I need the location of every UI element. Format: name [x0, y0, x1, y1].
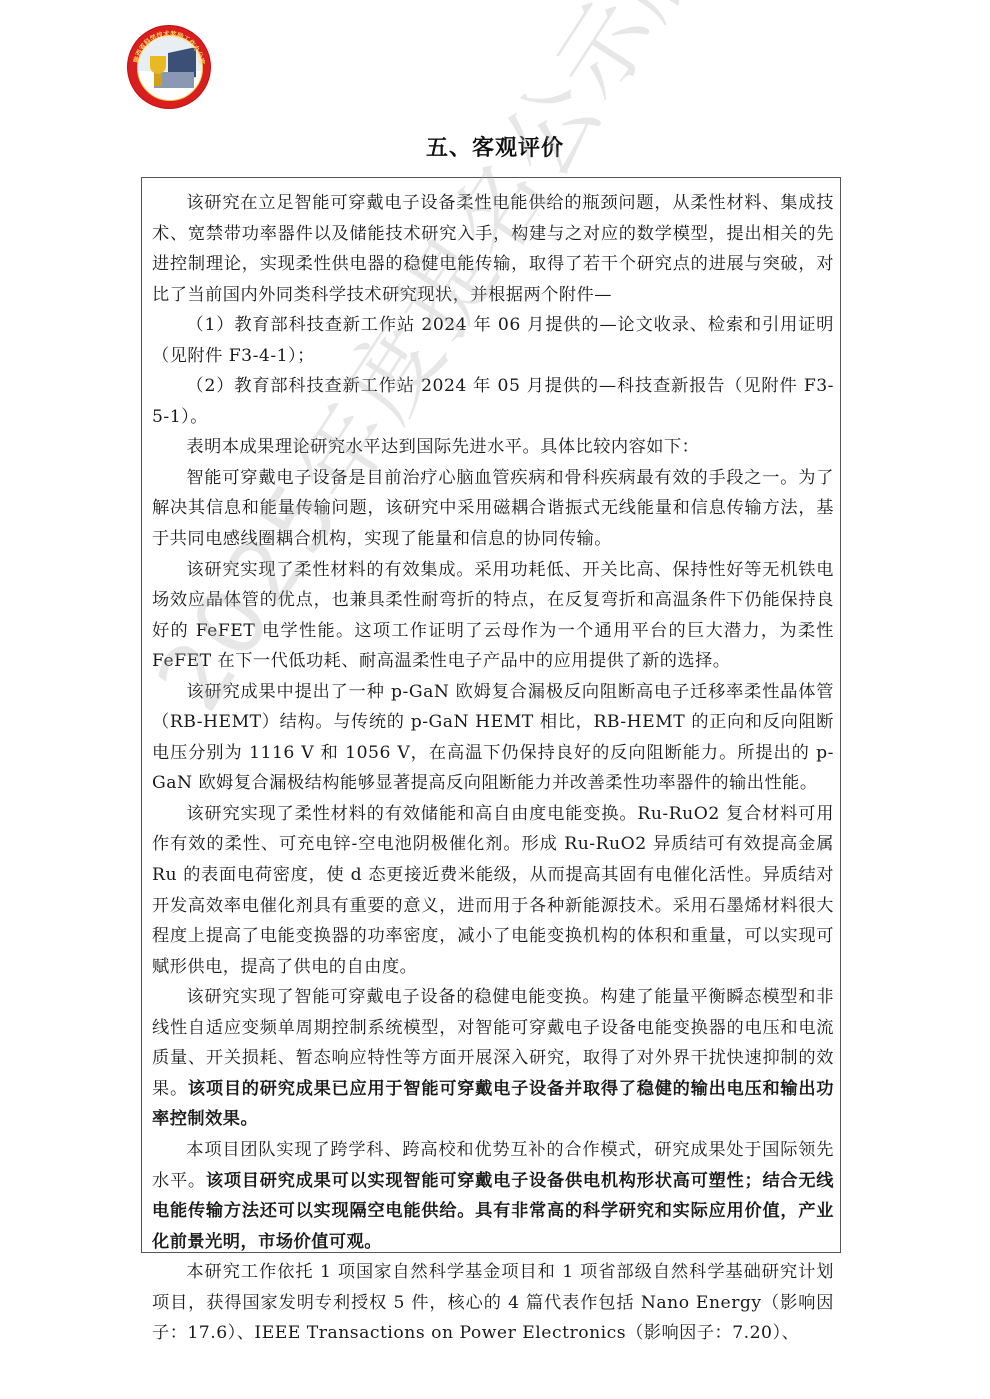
paragraph-team: 本项目团队实现了跨学科、跨高校和优势互补的合作模式，研究成果处于国际领先水平。该… [152, 1135, 834, 1257]
team-highlight: 该项目研究成果可以实现智能可穿戴电子设备供电机构形状高可塑性；结合无线电能传输方… [152, 1171, 834, 1252]
svg-text:陕西省科学技术奖励工作办公室: 陕西省科学技术奖励工作办公室 [131, 29, 207, 66]
paragraph-wireless: 智能可穿戴电子设备是目前治疗心脑血管疾病和骨科疾病最有效的手段之一。为了解决其信… [152, 463, 834, 555]
paragraph-storage: 该研究实现了柔性材料的有效储能和高自由度电能变换。Ru-RuO2 复合材料可用作… [152, 799, 834, 982]
section-title: 五、客观评价 [0, 131, 990, 162]
conversion-highlight: 该项目的研究成果已应用于智能可穿戴电子设备并取得了稳健的输出电压和输出功率控制效… [152, 1079, 834, 1130]
seal-text: 陕西省科学技术奖励工作办公室 [128, 26, 210, 108]
reference-2: （2）教育部科技查新工作站 2024 年 05 月提供的—科技查新报告（见附件 … [152, 371, 834, 432]
paragraph-rbhemt: 该研究成果中提出了一种 p-GaN 欧姆复合漏极反向阻断高电子迁移率柔性晶体管（… [152, 677, 834, 799]
paragraph-funding: 本研究工作依托 1 项国家自然科学基金项目和 1 项省部级自然科学基础研究计划项… [152, 1257, 834, 1349]
paragraph-intro: 该研究在立足智能可穿戴电子设备柔性电能供给的瓶颈问题，从柔性材料、集成技术、宽禁… [152, 188, 834, 310]
evaluation-box: 该研究在立足智能可穿戴电子设备柔性电能供给的瓶颈问题，从柔性材料、集成技术、宽禁… [141, 177, 841, 1253]
paragraph-conversion: 该研究实现了智能可穿戴电子设备的稳健电能变换。构建了能量平衡瞬态模型和非线性自适… [152, 982, 834, 1135]
reference-1: （1）教育部科技查新工作站 2024 年 06 月提供的—论文收录、检索和引用证… [152, 310, 834, 371]
evaluation-text: 该研究在立足智能可穿戴电子设备柔性电能供给的瓶颈问题，从柔性材料、集成技术、宽禁… [152, 188, 834, 1349]
paragraph-conclusion: 表明本成果理论研究水平达到国际先进水平。具体比较内容如下： [152, 432, 834, 463]
official-seal-icon: 陕西省科学技术奖励工作办公室 [128, 26, 210, 108]
paragraph-fefet: 该研究实现了柔性材料的有效集成。采用功耗低、开关比高、保持性好等无机铁电场效应晶… [152, 555, 834, 677]
